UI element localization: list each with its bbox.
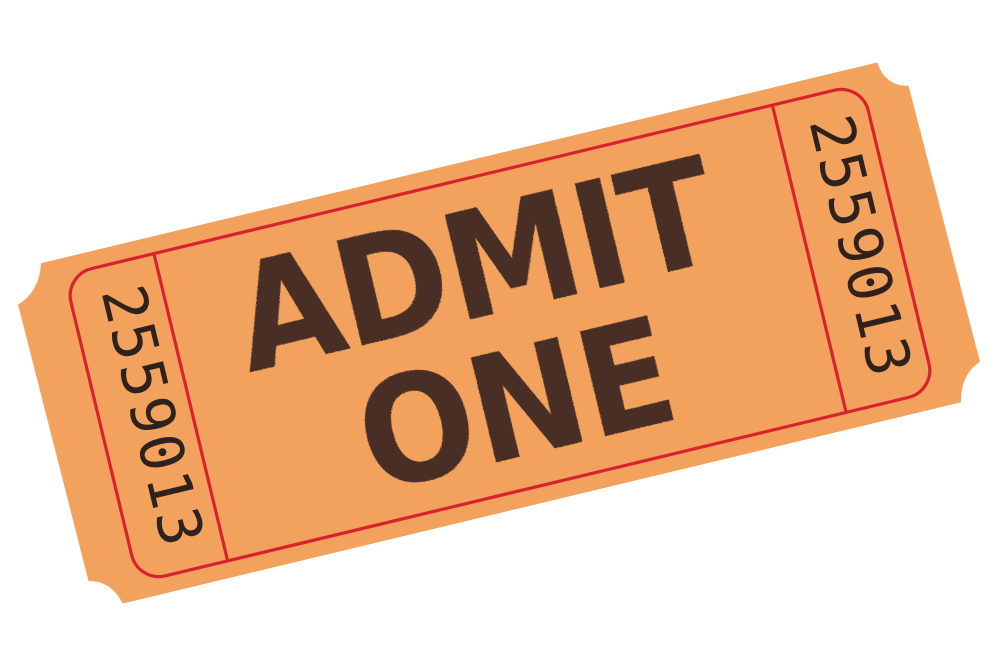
ticket: ADMIT ONE 2559013 2559013 (10, 55, 988, 611)
ticket-scene: ADMIT ONE 2559013 2559013 (0, 0, 1000, 667)
ticket-illustration: ADMIT ONE 2559013 2559013 (0, 0, 1000, 667)
